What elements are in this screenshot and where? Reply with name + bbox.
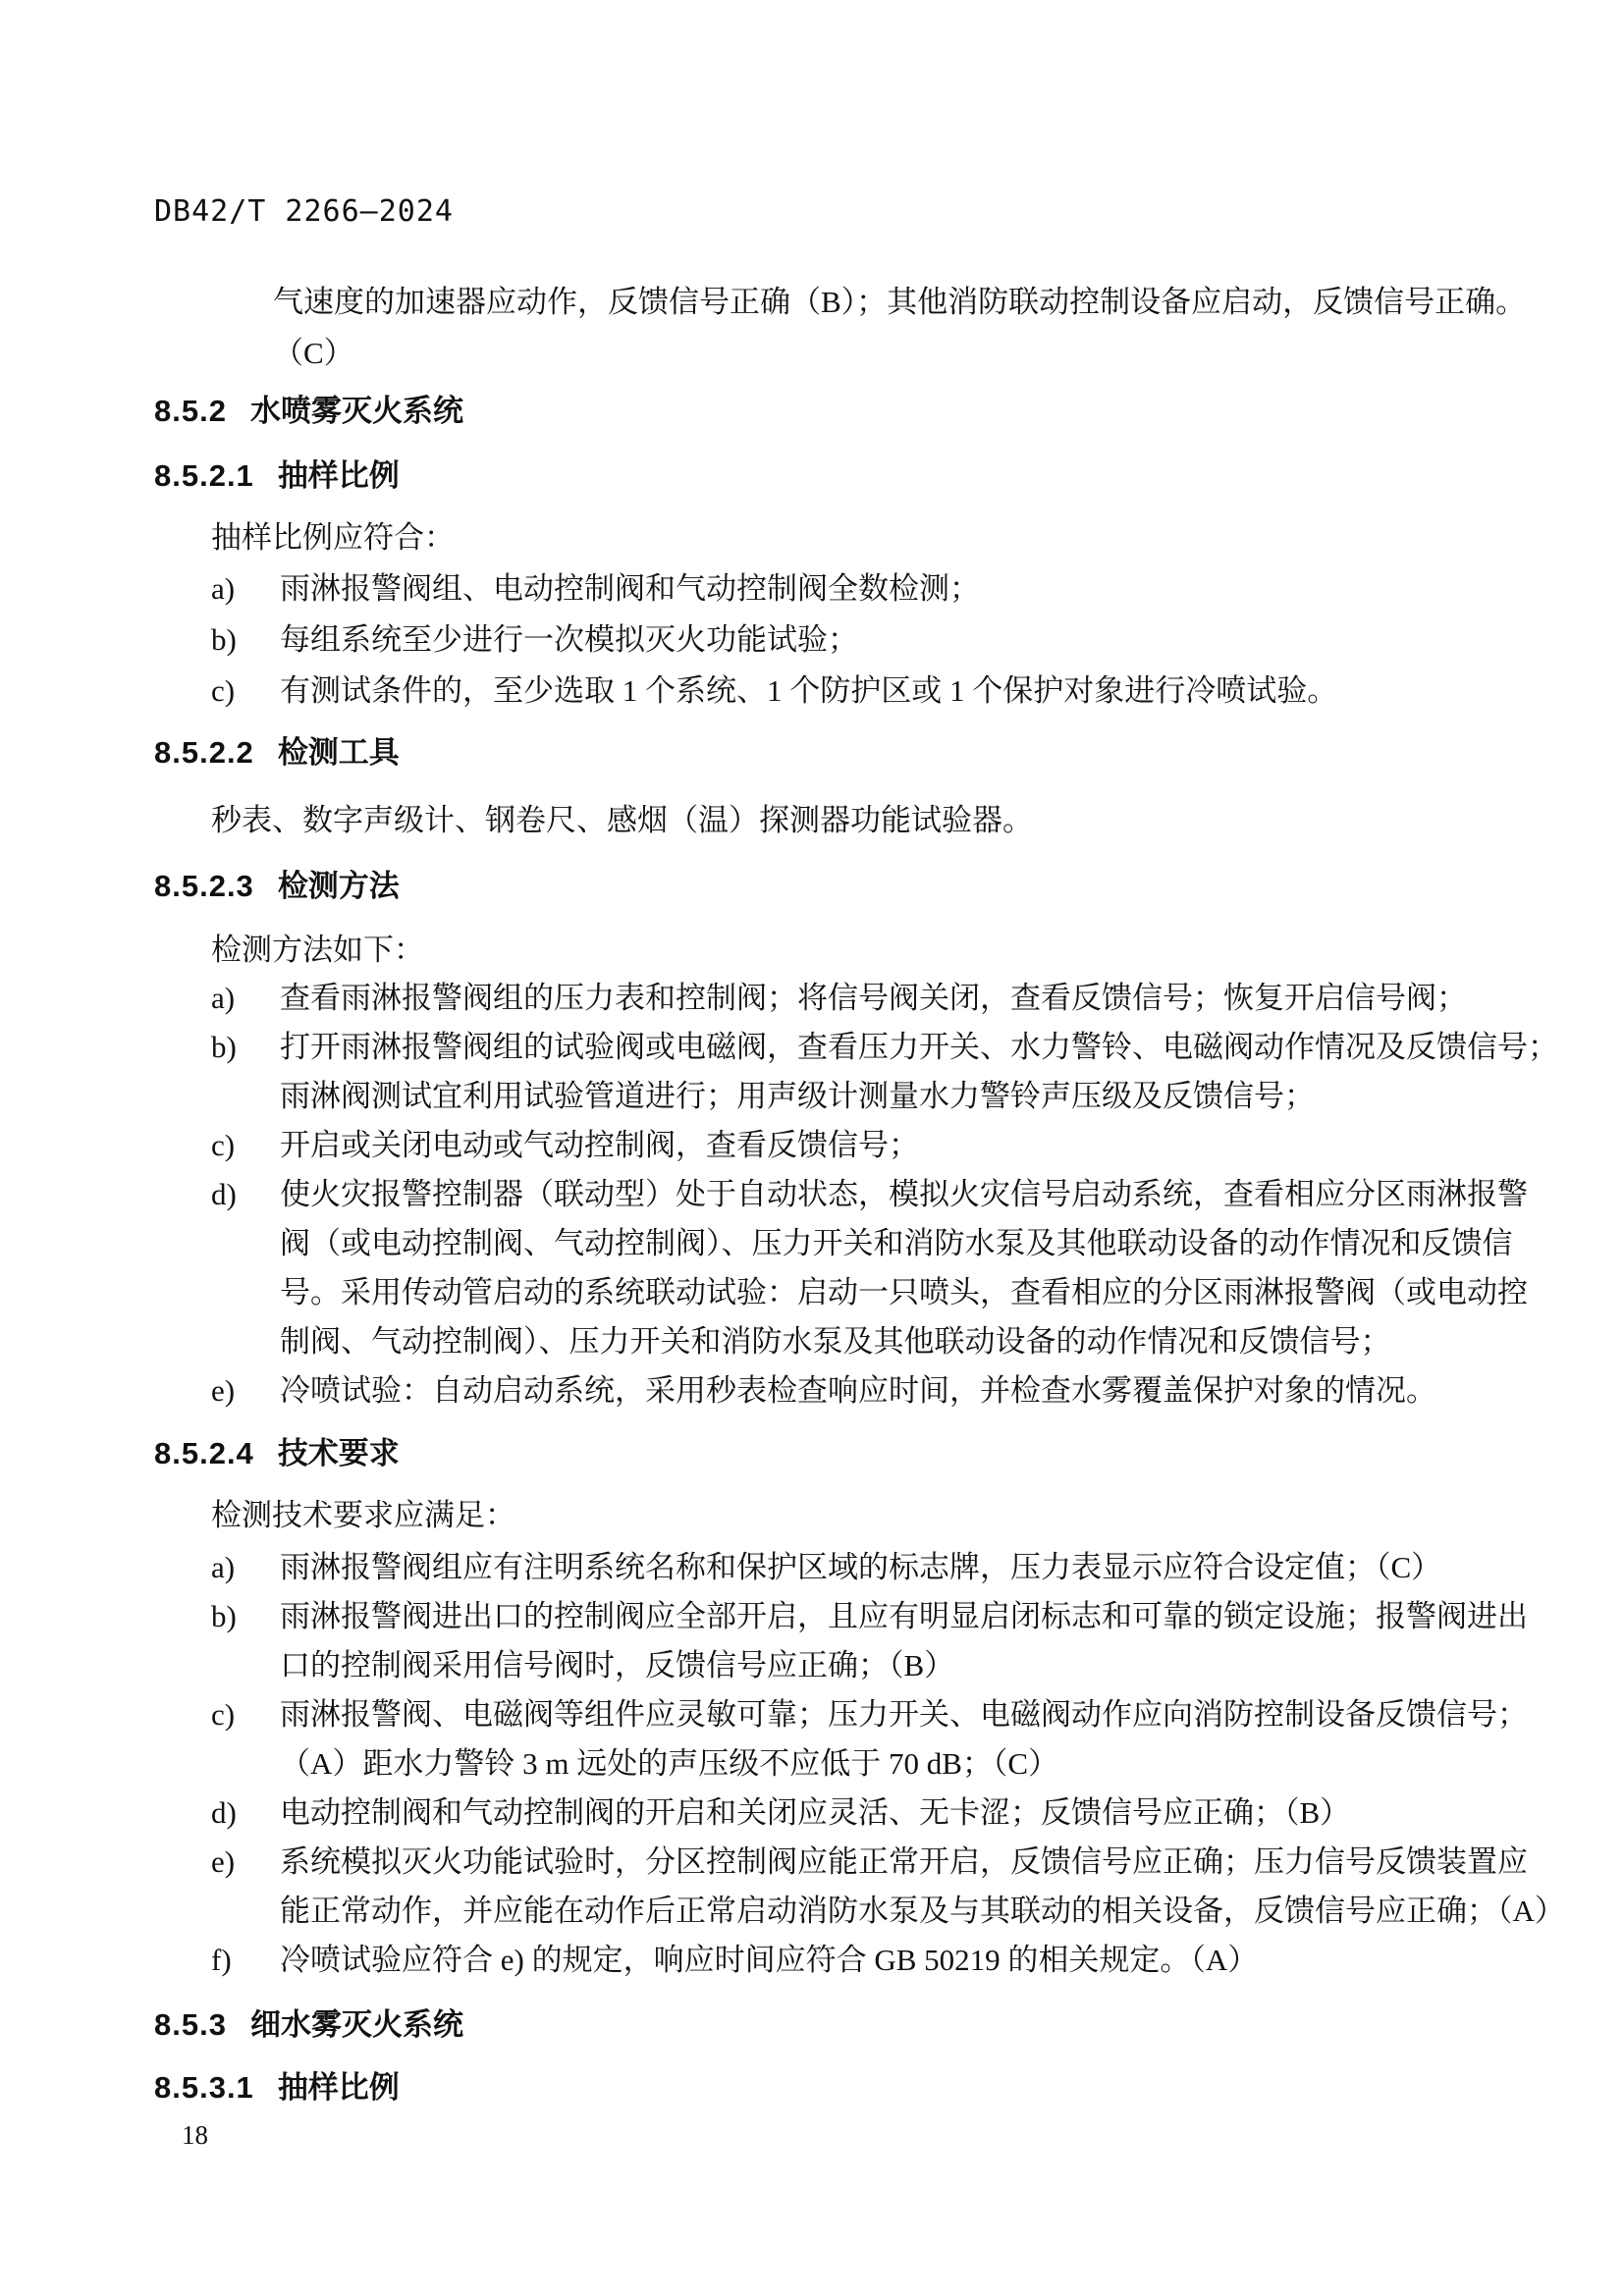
list-marker: c) — [211, 1121, 235, 1170]
list-marker: d) — [211, 1170, 237, 1219]
list-item: e) 系统模拟灭火功能试验时，分区控制阀应能正常开启，反馈信号应正确；压力信号反… — [154, 1838, 1448, 1936]
list-item: f) 冷喷试验应符合 e) 的规定，响应时间应符合 GB 50219 的相关规定… — [154, 1936, 1448, 1985]
list-item: e) 冷喷试验：自动启动系统，采用秒表检查响应时间，并检查水雾覆盖保护对象的情况… — [154, 1366, 1448, 1415]
list-marker: b) — [211, 1592, 237, 1641]
page-number: 18 — [182, 2120, 1448, 2150]
section-title: 水喷雾灭火系统 — [250, 394, 463, 428]
list-marker: f) — [211, 1936, 232, 1985]
heading-8-5-2-1: 8.5.2.1抽样比例 — [154, 452, 1448, 501]
section-number: 8.5.2.3 — [154, 869, 254, 903]
lead-paragraph: 检测方法如下： — [154, 927, 1448, 974]
list-marker: d) — [211, 1789, 237, 1838]
list-item: d) 电动控制阀和气动控制阀的开启和关闭应灵活、无卡涩；反馈信号应正确；（B） — [154, 1789, 1448, 1838]
section-number: 8.5.2 — [154, 394, 227, 428]
body-paragraph: 秒表、数字声级计、钢卷尺、感烟（温）探测器功能试验器。 — [154, 795, 1448, 846]
list-item: b) 雨淋报警阀进出口的控制阀应全部开启，且应有明显启闭标志和可靠的锁定设施；报… — [154, 1592, 1448, 1690]
list-item: a) 雨淋报警阀组应有注明系统名称和保护区域的标志牌，压力表显示应符合设定值；（… — [154, 1543, 1448, 1592]
list-item: d) 使火灾报警控制器（联动型）处于自动状态，模拟火灾信号启动系统，查看相应分区… — [154, 1170, 1448, 1366]
list-marker: c) — [211, 1690, 235, 1739]
list-marker: b) — [211, 1023, 237, 1072]
section-number: 8.5.2.4 — [154, 1436, 254, 1470]
list-item: a) 雨淋报警阀组、电动控制阀和气动控制阀全数检测； — [154, 563, 1448, 614]
list-marker: a) — [211, 974, 235, 1023]
heading-8-5-2-2: 8.5.2.2检测工具 — [154, 728, 1448, 777]
lead-paragraph: 检测技术要求应满足： — [154, 1492, 1448, 1539]
heading-8-5-2-4: 8.5.2.4技术要求 — [154, 1429, 1448, 1478]
list-marker: e) — [211, 1838, 235, 1887]
section-title: 检测工具 — [278, 735, 400, 770]
heading-8-5-3-1: 8.5.3.1抽样比例 — [154, 2063, 1448, 2112]
intro-paragraph: 气速度的加速器应动作，反馈信号正确（B）；其他消防联动控制设备应启动，反馈信号正… — [154, 277, 1448, 379]
section-title: 检测方法 — [278, 869, 400, 903]
section-title: 细水雾灭火系统 — [250, 2007, 463, 2042]
list-marker: c) — [211, 666, 235, 717]
section-title: 抽样比例 — [278, 458, 400, 493]
list-marker: a) — [211, 563, 235, 614]
heading-8-5-2-3: 8.5.2.3检测方法 — [154, 862, 1448, 911]
list-8-5-2-4: a) 雨淋报警阀组应有注明系统名称和保护区域的标志牌，压力表显示应符合设定值；（… — [154, 1543, 1448, 1985]
intro-line: 气速度的加速器应动作，反馈信号正确（B）；其他消防联动控制设备应启动，反馈信号正… — [273, 277, 1448, 328]
section-title: 抽样比例 — [278, 2070, 400, 2105]
list-item: c) 雨淋报警阀、电磁阀等组件应灵敏可靠；压力开关、电磁阀动作应向消防控制设备反… — [154, 1690, 1448, 1789]
section-number: 8.5.3.1 — [154, 2070, 254, 2105]
section-number: 8.5.2.1 — [154, 458, 254, 493]
section-number: 8.5.2.2 — [154, 735, 254, 770]
heading-8-5-2: 8.5.2水喷雾灭火系统 — [154, 387, 1448, 436]
list-item: c) 开启或关闭电动或气动控制阀，查看反馈信号； — [154, 1121, 1448, 1170]
document-page: DB42/T 2266—2024 气速度的加速器应动作，反馈信号正确（B）；其他… — [0, 0, 1624, 2296]
list-item: a) 查看雨淋报警阀组的压力表和控制阀；将信号阀关闭，查看反馈信号；恢复开启信号… — [154, 974, 1448, 1023]
list-marker: b) — [211, 614, 237, 666]
lead-paragraph: 抽样比例应符合： — [154, 512, 1448, 563]
list-marker: e) — [211, 1366, 235, 1415]
list-item: c) 有测试条件的，至少选取 1 个系统、1 个防护区或 1 个保护对象进行冷喷… — [154, 666, 1448, 717]
list-8-5-2-1: a) 雨淋报警阀组、电动控制阀和气动控制阀全数检测； b) 每组系统至少进行一次… — [154, 563, 1448, 717]
heading-8-5-3: 8.5.3细水雾灭火系统 — [154, 2001, 1448, 2050]
list-8-5-2-3: a) 查看雨淋报警阀组的压力表和控制阀；将信号阀关闭，查看反馈信号；恢复开启信号… — [154, 974, 1448, 1415]
doc-code-header: DB42/T 2266—2024 — [154, 196, 1448, 228]
list-item: b) 打开雨淋报警阀组的试验阀或电磁阀，查看压力开关、水力警铃、电磁阀动作情况及… — [154, 1023, 1448, 1121]
list-marker: a) — [211, 1543, 235, 1592]
section-title: 技术要求 — [278, 1436, 400, 1470]
intro-line: （C） — [273, 328, 1448, 379]
section-number: 8.5.3 — [154, 2007, 227, 2042]
list-item: b) 每组系统至少进行一次模拟灭火功能试验； — [154, 614, 1448, 666]
